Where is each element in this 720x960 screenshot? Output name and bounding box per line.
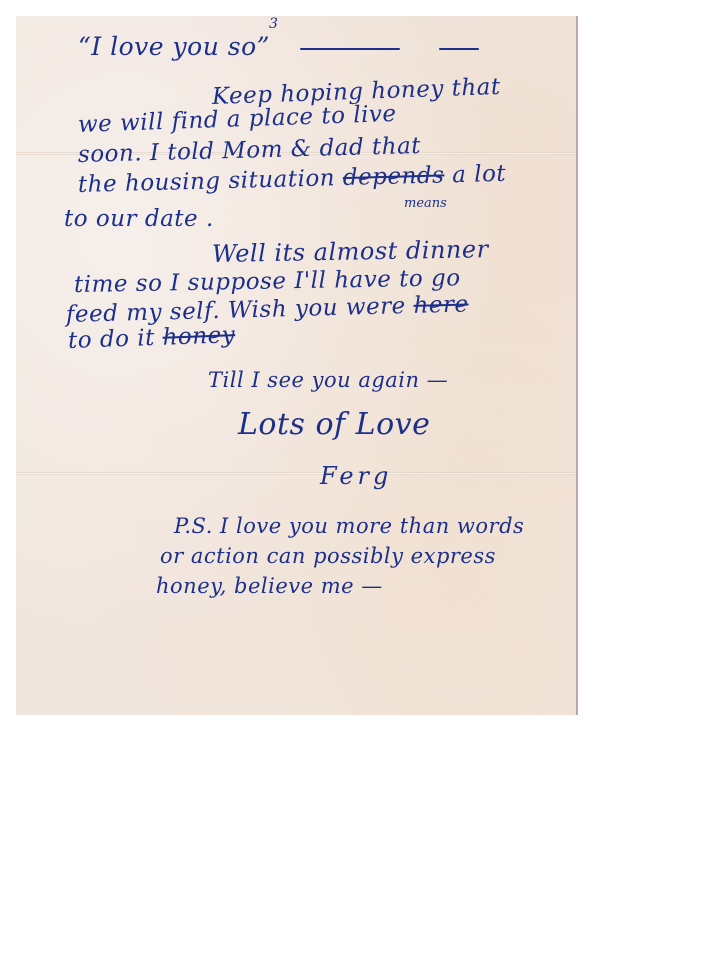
- paper-fold-line: [16, 472, 576, 475]
- inserted-word: means: [404, 196, 447, 211]
- postscript-line: honey, believe me —: [156, 576, 383, 597]
- postscript-line: or action can possibly express: [160, 546, 496, 567]
- dash-stroke: [439, 48, 479, 50]
- struck-word: here: [413, 291, 469, 318]
- letter-text: “I love you so”: [78, 32, 270, 61]
- page-number: 3: [269, 16, 278, 32]
- dash-stroke: [300, 48, 400, 50]
- letter-line: to our date .: [64, 208, 214, 231]
- signature: Ferg: [320, 464, 392, 488]
- letter-text: feed my self. Wish you were: [66, 293, 406, 328]
- letter-line: feed my self. Wish you were here: [66, 293, 469, 327]
- letter-line: the housing situation depends a lot: [78, 163, 507, 197]
- postscript-line: P.S. I love you more than words: [174, 516, 524, 537]
- letter-line: Well its almost dinner: [212, 237, 489, 266]
- letter-page: 3 “I love you so” Keep hoping honey that…: [16, 16, 578, 715]
- letter-line: soon. I told Mom & dad that: [78, 135, 422, 167]
- letter-text: a lot: [452, 161, 507, 188]
- letter-text: the housing situation: [78, 165, 336, 198]
- struck-word: honey: [162, 322, 235, 351]
- letter-line: we will find a place to live: [78, 103, 397, 137]
- letter-line: “I love you so”: [78, 34, 479, 59]
- closing-line: Till I see you again —: [208, 370, 448, 391]
- letter-line: to do it honey: [68, 324, 236, 353]
- letter-text: to do it: [68, 325, 156, 354]
- struck-word: depends: [343, 162, 445, 191]
- closing-salutation: Lots of Love: [238, 410, 430, 440]
